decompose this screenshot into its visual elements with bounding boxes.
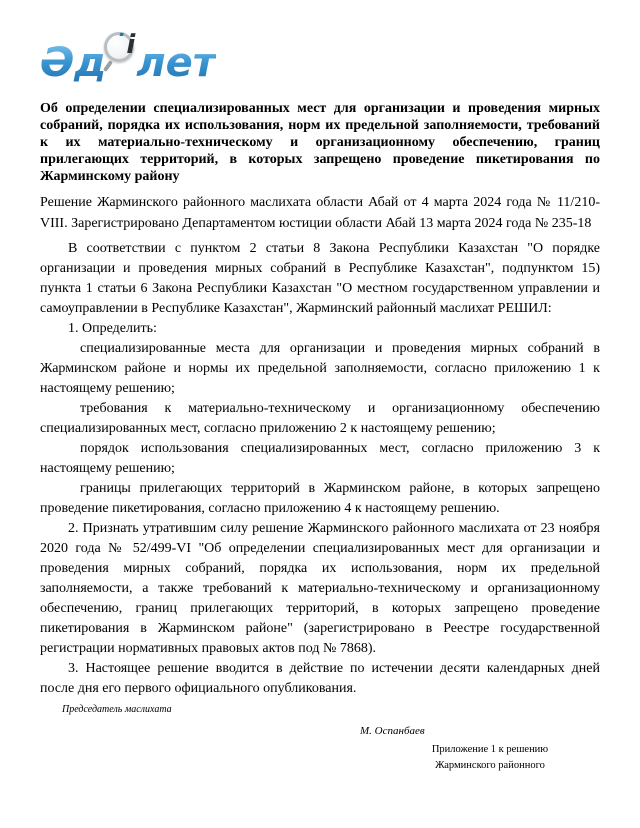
signature-name: М. Оспанбаев xyxy=(360,725,600,737)
document-meta: Решение Жарминского районного маслихата … xyxy=(40,192,600,234)
magnifier-icon: ˙і xyxy=(106,42,136,86)
logo-text-suffix: лет xyxy=(136,40,216,86)
paragraph-subitem-3: порядок использования специализированных… xyxy=(40,439,600,479)
logo-text-magnified: ˙і xyxy=(113,30,135,60)
paragraph-preamble: В соответствии с пунктом 2 статьи 8 Зако… xyxy=(40,239,600,319)
paragraph-point-3: 3. Настоящее решение вводится в действие… xyxy=(40,659,600,699)
paragraph-subitem-2: требования к материально-техническому и … xyxy=(40,399,600,439)
appendix-line-2: Жарминского районного xyxy=(340,758,640,774)
paragraph-point-2: 2. Признать утратившим силу решение Жарм… xyxy=(40,519,600,659)
appendix-reference: Приложение 1 к решению Жарминского район… xyxy=(340,742,640,774)
appendix-line-1: Приложение 1 к решению xyxy=(340,742,640,758)
paragraph-subitem-4: границы прилегающих территорий в Жарминс… xyxy=(40,479,600,519)
adilet-logo: Әд˙ілет xyxy=(40,40,600,92)
paragraph-subitem-1: специализированные места для организации… xyxy=(40,339,600,399)
document-title: Об определении специализированных мест д… xyxy=(40,100,600,185)
signature-role: Председатель маслихата xyxy=(62,704,600,715)
paragraph-point-1: 1. Определить: xyxy=(40,319,600,339)
document-page: Әд˙ілет Об определении специализированны… xyxy=(0,0,640,774)
logo-text-prefix: Әд xyxy=(40,40,106,86)
